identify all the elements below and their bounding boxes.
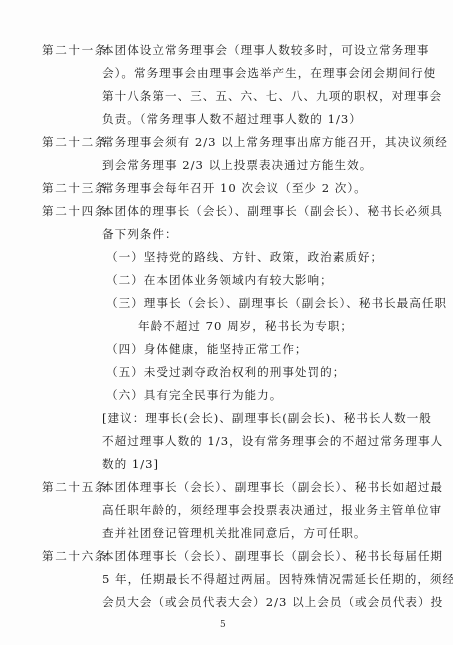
condition-item-3-continued: 年龄不超过 70 周岁，秘书长为专职； [0,316,453,339]
article-label: 第二十三条 [42,178,108,198]
article-label: 第二十一条 [42,40,108,60]
article-25-line-3: 查并社团登记管理机关批准同意后，方可任职。 [0,523,453,546]
list-item-continuation: 年龄不超过 70 周岁，秘书长为专职； [138,316,353,336]
article-21-line-4: 负责。（常务理事人数不超过理事人数的 1/3） [0,109,453,132]
list-item: （二）在本团体业务领域内有较大影响； [106,270,333,290]
suggestion-text: 不超过理事人数的 1/3，设有常务理事会的不超过常务理事人 [102,431,443,451]
document-page: 第二十一条 本团体设立常务理事会（理事人数较多时，可设立常务理事 会）。常务理事… [0,0,453,645]
list-item: （六）具有完全民事行为能力。 [106,385,282,405]
article-26-line-3: 会员大会（或会员代表大会）2/3 以上会员（或会员代表）投 [0,592,453,615]
suggestion-text: [建议：理事长(会长)、副理事长(副会长)、秘书长人数一般 [102,408,432,428]
article-text: 高任职年龄的，须经理事会投票表决通过，报业务主管单位审 [102,500,442,520]
list-item: （四）身体健康，能坚持正常工作； [106,339,308,359]
article-24-line-1: 第二十四条 本团体的理事长（会长）、副理事长（副会长）、秘书长必须具 [0,201,453,224]
condition-item-4: （四）身体健康，能坚持正常工作； [0,339,453,362]
article-text: 备下列条件： [102,224,178,244]
list-item: （三）理事长（会长）、副理事长（副会长）、秘书长最高任职 [106,293,447,313]
suggestion-line-2: 不超过理事人数的 1/3，设有常务理事会的不超过常务理事人 [0,431,453,454]
condition-item-5: （五）未受过剥夺政治权利的刑事处罚的； [0,362,453,385]
article-22-line-2: 到会常务理事 2/3 以上投票表决通过方能生效。 [0,155,453,178]
condition-item-3: （三）理事长（会长）、副理事长（副会长）、秘书长最高任职 [0,293,453,316]
page-number: 5 [220,620,226,630]
article-26-line-2: 5 年，任期最长不得超过两届。因特殊情况需延长任期的，须经 [0,569,453,592]
article-text: 常务理事会每年召开 10 次会议（至少 2 次）。 [102,178,367,198]
list-item: （一）坚持党的路线、方针、政策，政治素质好； [106,247,383,267]
article-label: 第二十六条 [42,546,108,566]
suggestion-line-3: 数的 1/3] [0,454,453,477]
article-25-line-2: 高任职年龄的，须经理事会投票表决通过，报业务主管单位审 [0,500,453,523]
article-text: 本团体的理事长（会长）、副理事长（副会长）、秘书长必须具 [102,201,443,221]
article-text: 会）。常务理事会由理事会选举产生，在理事会闭会期间行使 [102,63,436,83]
article-text: 第十八条第一、三、五、六、七、八、九项的职权，对理事会 [102,86,442,106]
condition-item-2: （二）在本团体业务领域内有较大影响； [0,270,453,293]
article-text: 常务理事会须有 2/3 以上常务理事出席方能召开，其决议须经 [102,132,448,152]
condition-item-1: （一）坚持党的路线、方针、政策，政治素质好； [0,247,453,270]
article-26-line-1: 第二十六条 本团体理事长（会长）、副理事长（副会长）、秘书长每届任期 [0,546,453,569]
article-text: 会员大会（或会员代表大会）2/3 以上会员（或会员代表）投 [102,592,443,612]
article-21-line-1: 第二十一条 本团体设立常务理事会（理事人数较多时，可设立常务理事 [0,40,453,63]
article-text: 本团体理事长（会长）、副理事长（副会长）、秘书长每届任期 [102,546,443,566]
article-label: 第二十四条 [42,201,108,221]
article-25-line-1: 第二十五条 本团体理事长（会长）、副理事长（副会长）、秘书长如超过最 [0,477,453,500]
article-21-line-2: 会）。常务理事会由理事会选举产生，在理事会闭会期间行使 [0,63,453,86]
condition-item-6: （六）具有完全民事行为能力。 [0,385,453,408]
article-22-line-1: 第二十二条 常务理事会须有 2/3 以上常务理事出席方能召开，其决议须经 [0,132,453,155]
article-text: 查并社团登记管理机关批准同意后，方可任职。 [102,523,366,543]
article-text: 到会常务理事 2/3 以上投票表决通过方能生效。 [102,155,372,175]
article-24-line-2: 备下列条件： [0,224,453,247]
article-text: 5 年，任期最长不得超过两届。因特殊情况需延长任期的，须经 [102,569,453,589]
document-body: 第二十一条 本团体设立常务理事会（理事人数较多时，可设立常务理事 会）。常务理事… [0,40,453,615]
suggestion-text: 数的 1/3] [102,454,159,474]
article-text: 负责。（常务理事人数不超过理事人数的 1/3） [102,109,362,129]
article-23-line-1: 第二十三条 常务理事会每年召开 10 次会议（至少 2 次）。 [0,178,453,201]
list-item: （五）未受过剥夺政治权利的刑事处罚的； [106,362,345,382]
article-label: 第二十二条 [42,132,108,152]
article-text: 本团体设立常务理事会（理事人数较多时，可设立常务理事 [102,40,429,60]
article-label: 第二十五条 [42,477,108,497]
article-21-line-3: 第十八条第一、三、五、六、七、八、九项的职权，对理事会 [0,86,453,109]
article-text: 本团体理事长（会长）、副理事长（副会长）、秘书长如超过最 [102,477,443,497]
suggestion-line-1: [建议：理事长(会长)、副理事长(副会长)、秘书长人数一般 [0,408,453,431]
